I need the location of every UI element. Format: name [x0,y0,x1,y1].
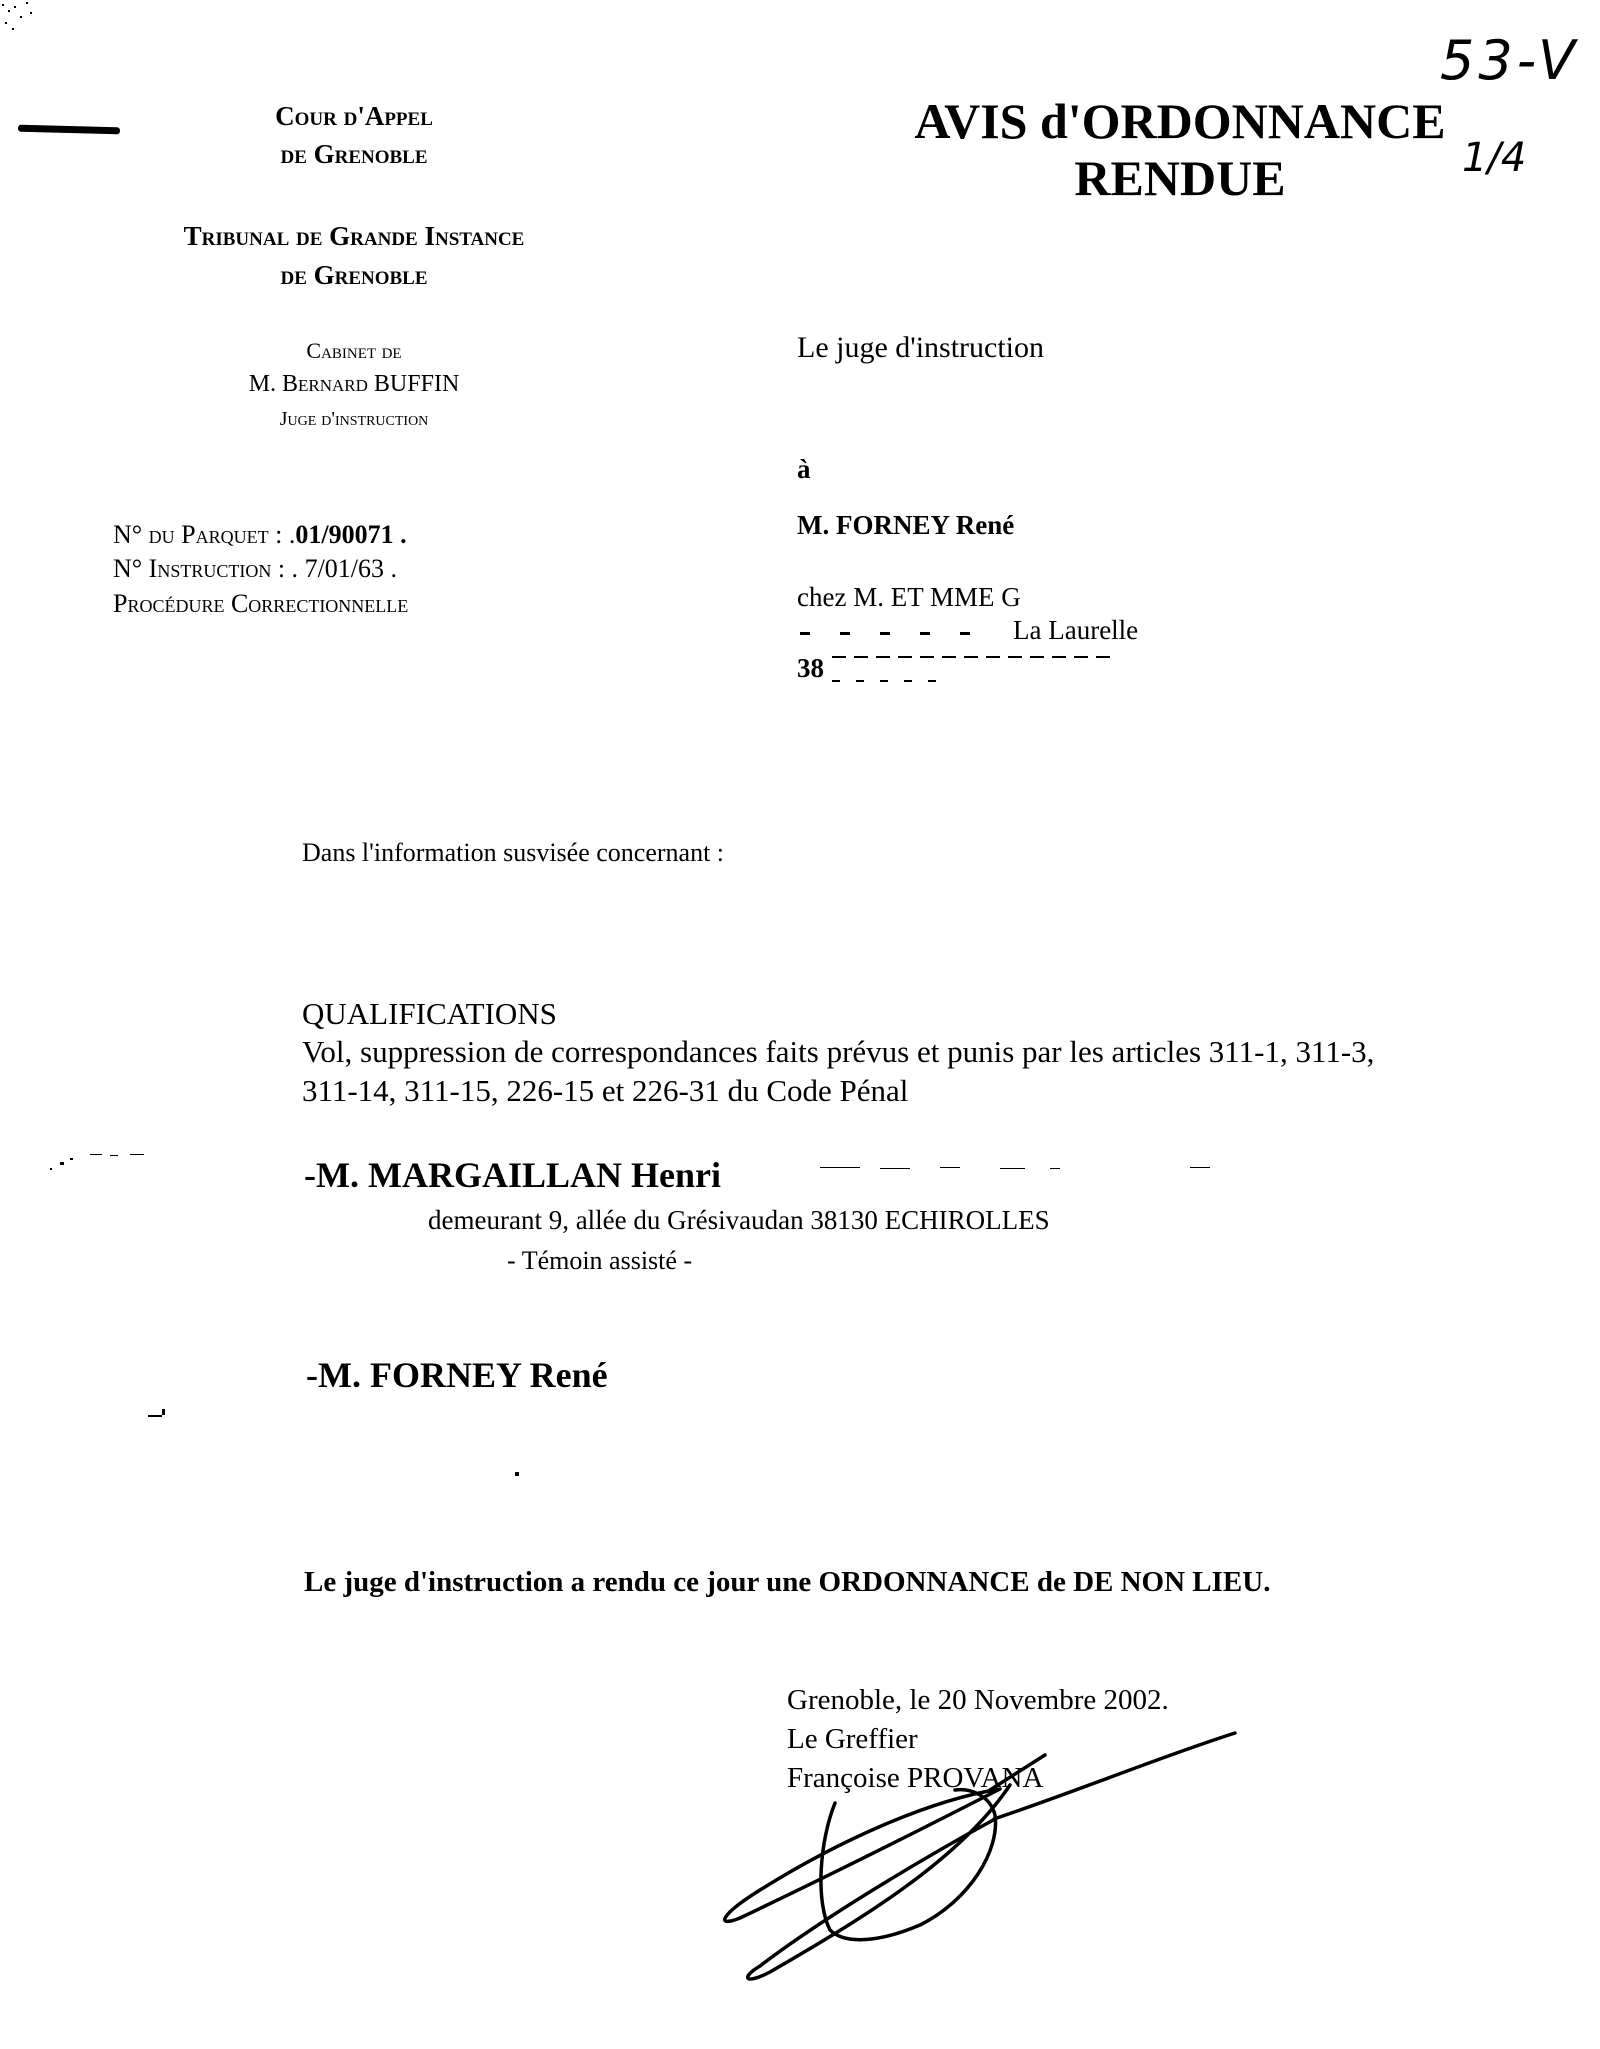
handwritten-signature [0,0,1600,2049]
